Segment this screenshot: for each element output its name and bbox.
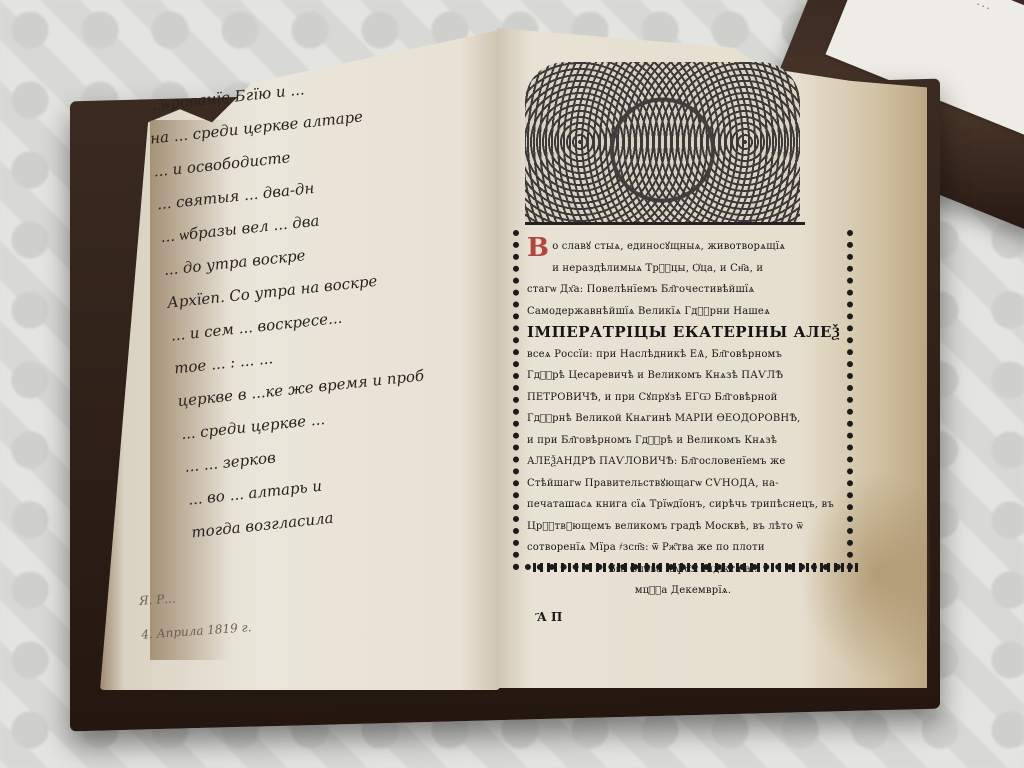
colophon-line: стагѡ Дх҃а: Повелѣнїемъ Бл҃гочестивѣйшїѧ [527, 279, 839, 301]
colophon-line: Самодержавнѣйшїѧ Великїѧ Гдⷭ҇рни Нашеѧ [527, 301, 839, 323]
printer-signature-mark: ҃А П [537, 610, 562, 625]
colophon-line-empress: ІМПЕРАТРІЦЫ ЕКАТЕРІНЫ АЛЕѮІЕВНЫ [527, 322, 839, 344]
red-drop-cap: В [527, 236, 549, 260]
colophon-line: сотворенїѧ Мїра ҂зсп҃s: ѿ Рж҃тва же по п… [527, 537, 839, 559]
colophon-line: АЛЕѮАНДРѢ ПАѴЛОВИЧѢ: Бл҃гословенїемъ же [527, 451, 839, 473]
colophon-line: Гдⷭ҇рнѣ Великой Кнѧгинѣ МАРІИ ѲЕОДОРОВНѢ… [527, 408, 839, 430]
woodcut-headpiece-ornament [525, 62, 800, 222]
headpiece-rule [525, 222, 805, 225]
colophon-line: и при Бл҃говѣрномъ Гдⷭ҇рѣ и Великомъ Кнѧ… [527, 430, 839, 452]
colophon-text-block: В о славꙋ стыѧ, единосꙋщныѧ, животворѧщї… [513, 230, 853, 570]
colophon-line: Гдⷭ҇рѣ Цесаревичѣ и Великомъ Кнѧзѣ ПАѴЛѢ [527, 365, 839, 387]
colophon-line: ПЕТРОВИЧѢ, и при Сꙋпрꙋзѣ ЕГѠ Бл҃говѣрной [527, 387, 839, 409]
colophon-line: и нераздѣлимыѧ Трⷪ҇цы, Ѻ҆ца, и Сн҃а, и [552, 258, 839, 280]
colophon-line: Црⷭ҇твꙋющемъ великомъ градѣ Москвѣ, въ л… [527, 516, 839, 538]
colophon-line: Стѣйшагѡ Правительствꙋющагѡ СѴНОДА, на- [527, 473, 839, 495]
colophon-line: о славꙋ стыѧ, единосꙋщныѧ, животворѧщїѧ [552, 236, 839, 258]
colophon-line: мцⷭ҇а Декемврїѧ. [527, 580, 839, 602]
colophon-line: всеѧ Россїи: при Наслѣдникѣ ЕѦ, Бл҃говѣр… [527, 344, 839, 366]
papers-text: ... [974, 0, 993, 13]
handwritten-inscription: ...ѡрованїе Бгїю и ... на ... среди церк… [145, 54, 531, 549]
ornamental-border-bottom [533, 563, 858, 572]
inscription-signature-block: Я. Р... 4. Априла 1819 г. [138, 576, 253, 652]
colophon-line: печаташасѧ книга сїѧ Трїѡдїонъ, сирѣчь т… [527, 494, 839, 516]
